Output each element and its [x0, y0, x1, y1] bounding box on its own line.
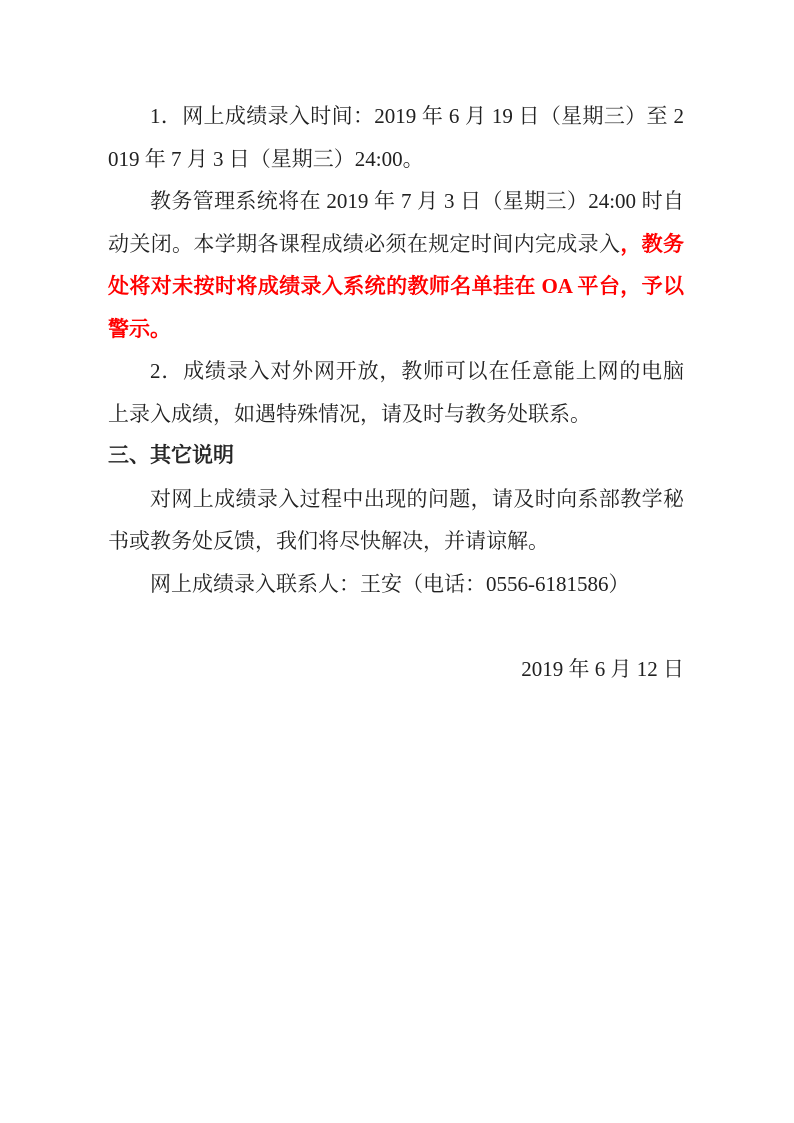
- paragraph-contact: 网上成绩录入联系人：王安（电话：0556-6181586）: [108, 563, 684, 606]
- paragraph-entry-time: 1．网上成绩录入时间：2019 年 6 月 19 日（星期三）至 2019 年 …: [108, 95, 684, 180]
- contact-text: 网上成绩录入联系人：王安（电话：0556-6181586）: [150, 572, 630, 596]
- section-heading-other-notes: 三、其它说明: [108, 435, 684, 478]
- document-page: 1．网上成绩录入时间：2019 年 6 月 19 日（星期三）至 2019 年 …: [0, 0, 794, 1123]
- date-text: 2019 年 6 月 12 日: [521, 657, 684, 681]
- external-access-text: 2．成绩录入对外网开放，教师可以在任意能上网的电脑上录入成绩，如遇特殊情况，请及…: [108, 359, 684, 426]
- feedback-text: 对网上成绩录入过程中出现的问题，请及时向系部教学秘书或教务处反馈，我们将尽快解决…: [108, 487, 684, 554]
- paragraph-external-access: 2．成绩录入对外网开放，教师可以在任意能上网的电脑上录入成绩，如遇特殊情况，请及…: [108, 350, 684, 435]
- other-notes-heading-text: 三、其它说明: [108, 444, 234, 467]
- paragraph-system-close: 教务管理系统将在 2019 年 7 月 3 日（星期三）24:00 时自动关闭。…: [108, 180, 684, 350]
- paragraph-feedback: 对网上成绩录入过程中出现的问题，请及时向系部教学秘书或教务处反馈，我们将尽快解决…: [108, 478, 684, 563]
- entry-time-text: 1．网上成绩录入时间：2019 年 6 月 19 日（星期三）至 2019 年 …: [108, 104, 684, 171]
- date-line: 2019 年 6 月 12 日: [108, 648, 684, 691]
- system-close-text: 教务管理系统将在 2019 年 7 月 3 日（星期三）24:00 时自动关闭。…: [108, 189, 684, 256]
